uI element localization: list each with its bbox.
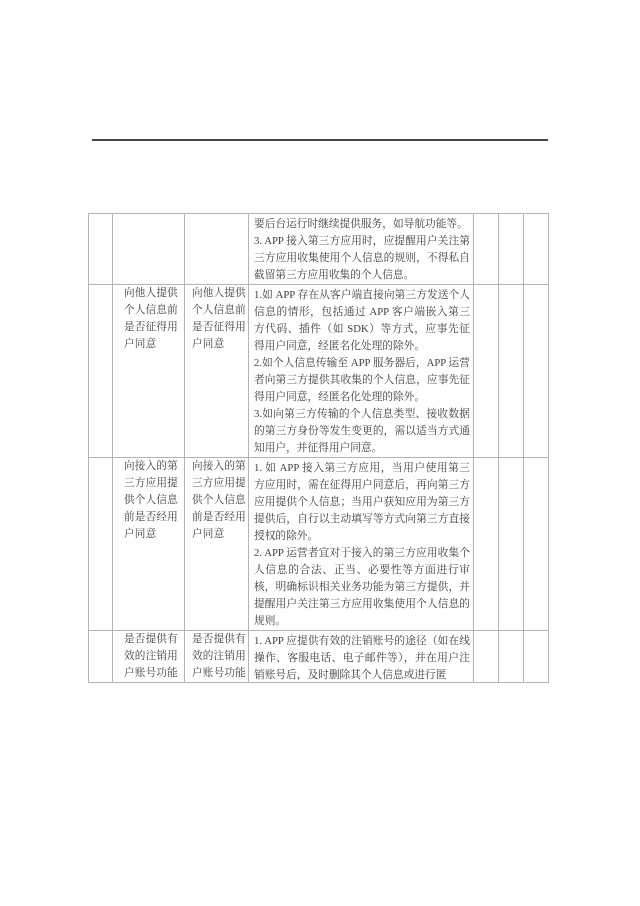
cell-blank (524, 285, 549, 458)
cell-item-label (113, 214, 185, 285)
cell-index (89, 285, 113, 458)
assessment-paragraph: 1. 如 APP 接入第三方应用，当用户使用第三方应用时，需在征得用户同意后，再… (254, 460, 470, 545)
assessment-paragraph: 1.如 APP 存在从客户端直接向第三方发送个人信息的情形，包括通过 APP 客… (254, 287, 470, 355)
cell-blank (474, 214, 499, 285)
cell-assessment-points: 1.如 APP 存在从客户端直接向第三方发送个人信息的情形，包括通过 APP 客… (249, 285, 474, 458)
cell-item-label-duplicate: 是否提供有效的注销用户账号功能 (185, 631, 249, 683)
item-label-text: 向接入的第三方应用提供个人信息前是否经用户同意 (185, 458, 248, 543)
assessment-paragraph: 要后台运行时继续提供服务，如导航功能等。 (254, 216, 470, 233)
assessment-paragraph: 3. APP 接入第三方应用时，应提醒用户关注第三方应用收集使用个人信息的规则，… (254, 233, 470, 284)
cell-blank (474, 458, 499, 631)
document-page: 要后台运行时继续提供服务，如导航功能等。 3. APP 接入第三方应用时，应提醒… (0, 0, 640, 906)
item-label-text: 向他人提供个人信息前是否征得用户同意 (185, 285, 248, 353)
cell-blank (499, 631, 524, 683)
table-row-provide-to-others: 向他人提供个人信息前是否征得用户同意 向他人提供个人信息前是否征得用户同意 1.… (89, 285, 549, 458)
cell-item-label: 是否提供有效的注销用户账号功能 (113, 631, 185, 683)
header-rule (92, 139, 548, 141)
assessment-paragraph: 3.如向第三方传输的个人信息类型、接收数据的第三方身份等发生变更的，需以适当方式… (254, 406, 470, 457)
cell-blank (524, 214, 549, 285)
cell-index (89, 458, 113, 631)
cell-item-label: 向接入的第三方应用提供个人信息前是否经用户同意 (113, 458, 185, 631)
table-row-third-party-access: 向接入的第三方应用提供个人信息前是否经用户同意 向接入的第三方应用提供个人信息前… (89, 458, 549, 631)
cell-index (89, 214, 113, 285)
cell-blank (524, 458, 549, 631)
cell-item-label-duplicate: 向他人提供个人信息前是否征得用户同意 (185, 285, 249, 458)
cell-index (89, 631, 113, 683)
cell-blank (474, 631, 499, 683)
cell-blank (499, 214, 524, 285)
item-label-text: 向接入的第三方应用提供个人信息前是否经用户同意 (113, 458, 184, 543)
cell-blank (499, 458, 524, 631)
table-row-continued: 要后台运行时继续提供服务，如导航功能等。 3. APP 接入第三方应用时，应提醒… (89, 214, 549, 285)
cell-assessment-points: 1. APP 应提供有效的注销账号的途径（如在线操作、客服电话、电子邮件等），并… (249, 631, 474, 683)
cell-item-label: 向他人提供个人信息前是否征得用户同意 (113, 285, 185, 458)
cell-blank (499, 285, 524, 458)
item-label-text: 是否提供有效的注销用户账号功能 (113, 631, 184, 682)
cell-blank (524, 631, 549, 683)
table-row-account-cancellation: 是否提供有效的注销用户账号功能 是否提供有效的注销用户账号功能 1. APP 应… (89, 631, 549, 683)
cell-blank (474, 285, 499, 458)
cell-assessment-points: 要后台运行时继续提供服务，如导航功能等。 3. APP 接入第三方应用时，应提醒… (249, 214, 474, 285)
item-label-text: 向他人提供个人信息前是否征得用户同意 (113, 285, 184, 353)
assessment-paragraph: 2.如个人信息传输至 APP 服务器后，APP 运营者向第三方提供其收集的个人信… (254, 355, 470, 406)
cell-item-label-duplicate: 向接入的第三方应用提供个人信息前是否经用户同意 (185, 458, 249, 631)
cell-assessment-points: 1. 如 APP 接入第三方应用，当用户使用第三方应用时，需在征得用户同意后，再… (249, 458, 474, 631)
assessment-paragraph: 2. APP 运营者宜对于接入的第三方应用收集个人信息的合法、正当、必要性等方面… (254, 545, 470, 630)
cell-item-label-duplicate (185, 214, 249, 285)
item-label-text: 是否提供有效的注销用户账号功能 (185, 631, 248, 682)
assessment-paragraph: 1. APP 应提供有效的注销账号的途径（如在线操作、客服电话、电子邮件等），并… (254, 633, 470, 680)
compliance-assessment-table: 要后台运行时继续提供服务，如导航功能等。 3. APP 接入第三方应用时，应提醒… (88, 213, 549, 683)
